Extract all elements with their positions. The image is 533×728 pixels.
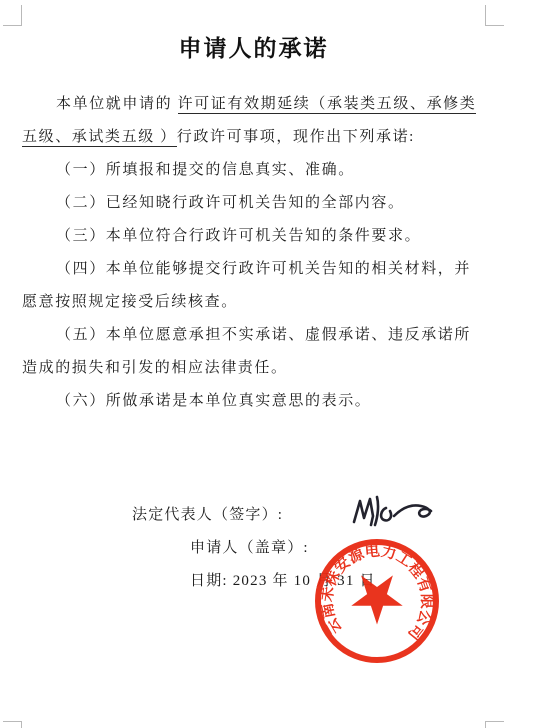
text-boundary-mark-top-left <box>3 5 22 26</box>
body-text-run: 愿意按照规定接受后续核查。 <box>22 294 238 310</box>
document-page: 申请人的承诺 本单位就申请的 许可证有效期延续（承装类五级、承修类 五级、承试类… <box>0 0 533 728</box>
commitment-item-5: （五）本单位愿意承担不实承诺、虚假承诺、违反承诺所 <box>22 319 488 352</box>
body-text-run: （五）本单位愿意承担不实承诺、虚假承诺、违反承诺所 <box>56 327 471 343</box>
body-text-run: （六）所做承诺是本单位真实意思的表示。 <box>56 393 371 409</box>
body-text-run: （四）本单位能够提交行政许可机关告知的相关材料，并 <box>56 261 471 277</box>
body-text-run: （三）本单位符合行政许可机关告知的条件要求。 <box>56 228 421 244</box>
commitment-item-4-continued: 愿意按照规定接受后续核查。 <box>22 286 488 319</box>
body-text-run: 本单位就申请的 <box>56 96 178 112</box>
paragraph-line: 本单位就申请的 许可证有效期延续（承装类五级、承修类 <box>22 88 488 121</box>
underlined-permit-text: 许可证有效期延续（承装类五级、承修类 <box>178 96 477 114</box>
commitment-item-2: （二）已经知晓行政许可机关告知的全部内容。 <box>22 187 488 220</box>
commitment-item-3: （三）本单位符合行政许可机关告知的条件要求。 <box>22 220 488 253</box>
body-text-run: 造成的损失和引发的相应法律责任。 <box>22 360 288 376</box>
commitment-item-6: （六）所做承诺是本单位真实意思的表示。 <box>22 385 488 418</box>
handwritten-signature <box>347 492 439 536</box>
commitment-item-1: （一）所填报和提交的信息真实、准确。 <box>22 154 488 187</box>
paragraph-line: 五级、承试类五级 ）行政许可事项，现作出下列承诺: <box>22 121 488 154</box>
text-boundary-mark-bottom-right <box>485 721 504 728</box>
commitment-item-4: （四）本单位能够提交行政许可机关告知的相关材料，并 <box>22 253 488 286</box>
commitment-body: 本单位就申请的 许可证有效期延续（承装类五级、承修类 五级、承试类五级 ）行政许… <box>22 88 488 418</box>
legal-representative-signature-label: 法定代表人（签字）: <box>132 499 283 532</box>
text-boundary-mark-bottom-left <box>3 721 22 728</box>
body-text-run: （二）已经知晓行政许可机关告知的全部内容。 <box>56 195 405 211</box>
underlined-permit-text: 五级、承试类五级 ） <box>22 129 177 147</box>
commitment-item-5-continued: 造成的损失和引发的相应法律责任。 <box>22 352 488 385</box>
seal-star-icon <box>351 575 402 624</box>
applicant-seal-label: 申请人（盖章）: <box>190 532 309 565</box>
body-text-run: （一）所填报和提交的信息真实、准确。 <box>56 162 355 178</box>
text-boundary-mark-top-right <box>485 5 504 26</box>
body-text-run: 行政许可事项，现作出下列承诺: <box>177 129 415 145</box>
page-title: 申请人的承诺 <box>22 30 485 63</box>
official-seal: 云南未株安源电力工程有限公司 <box>312 536 442 666</box>
